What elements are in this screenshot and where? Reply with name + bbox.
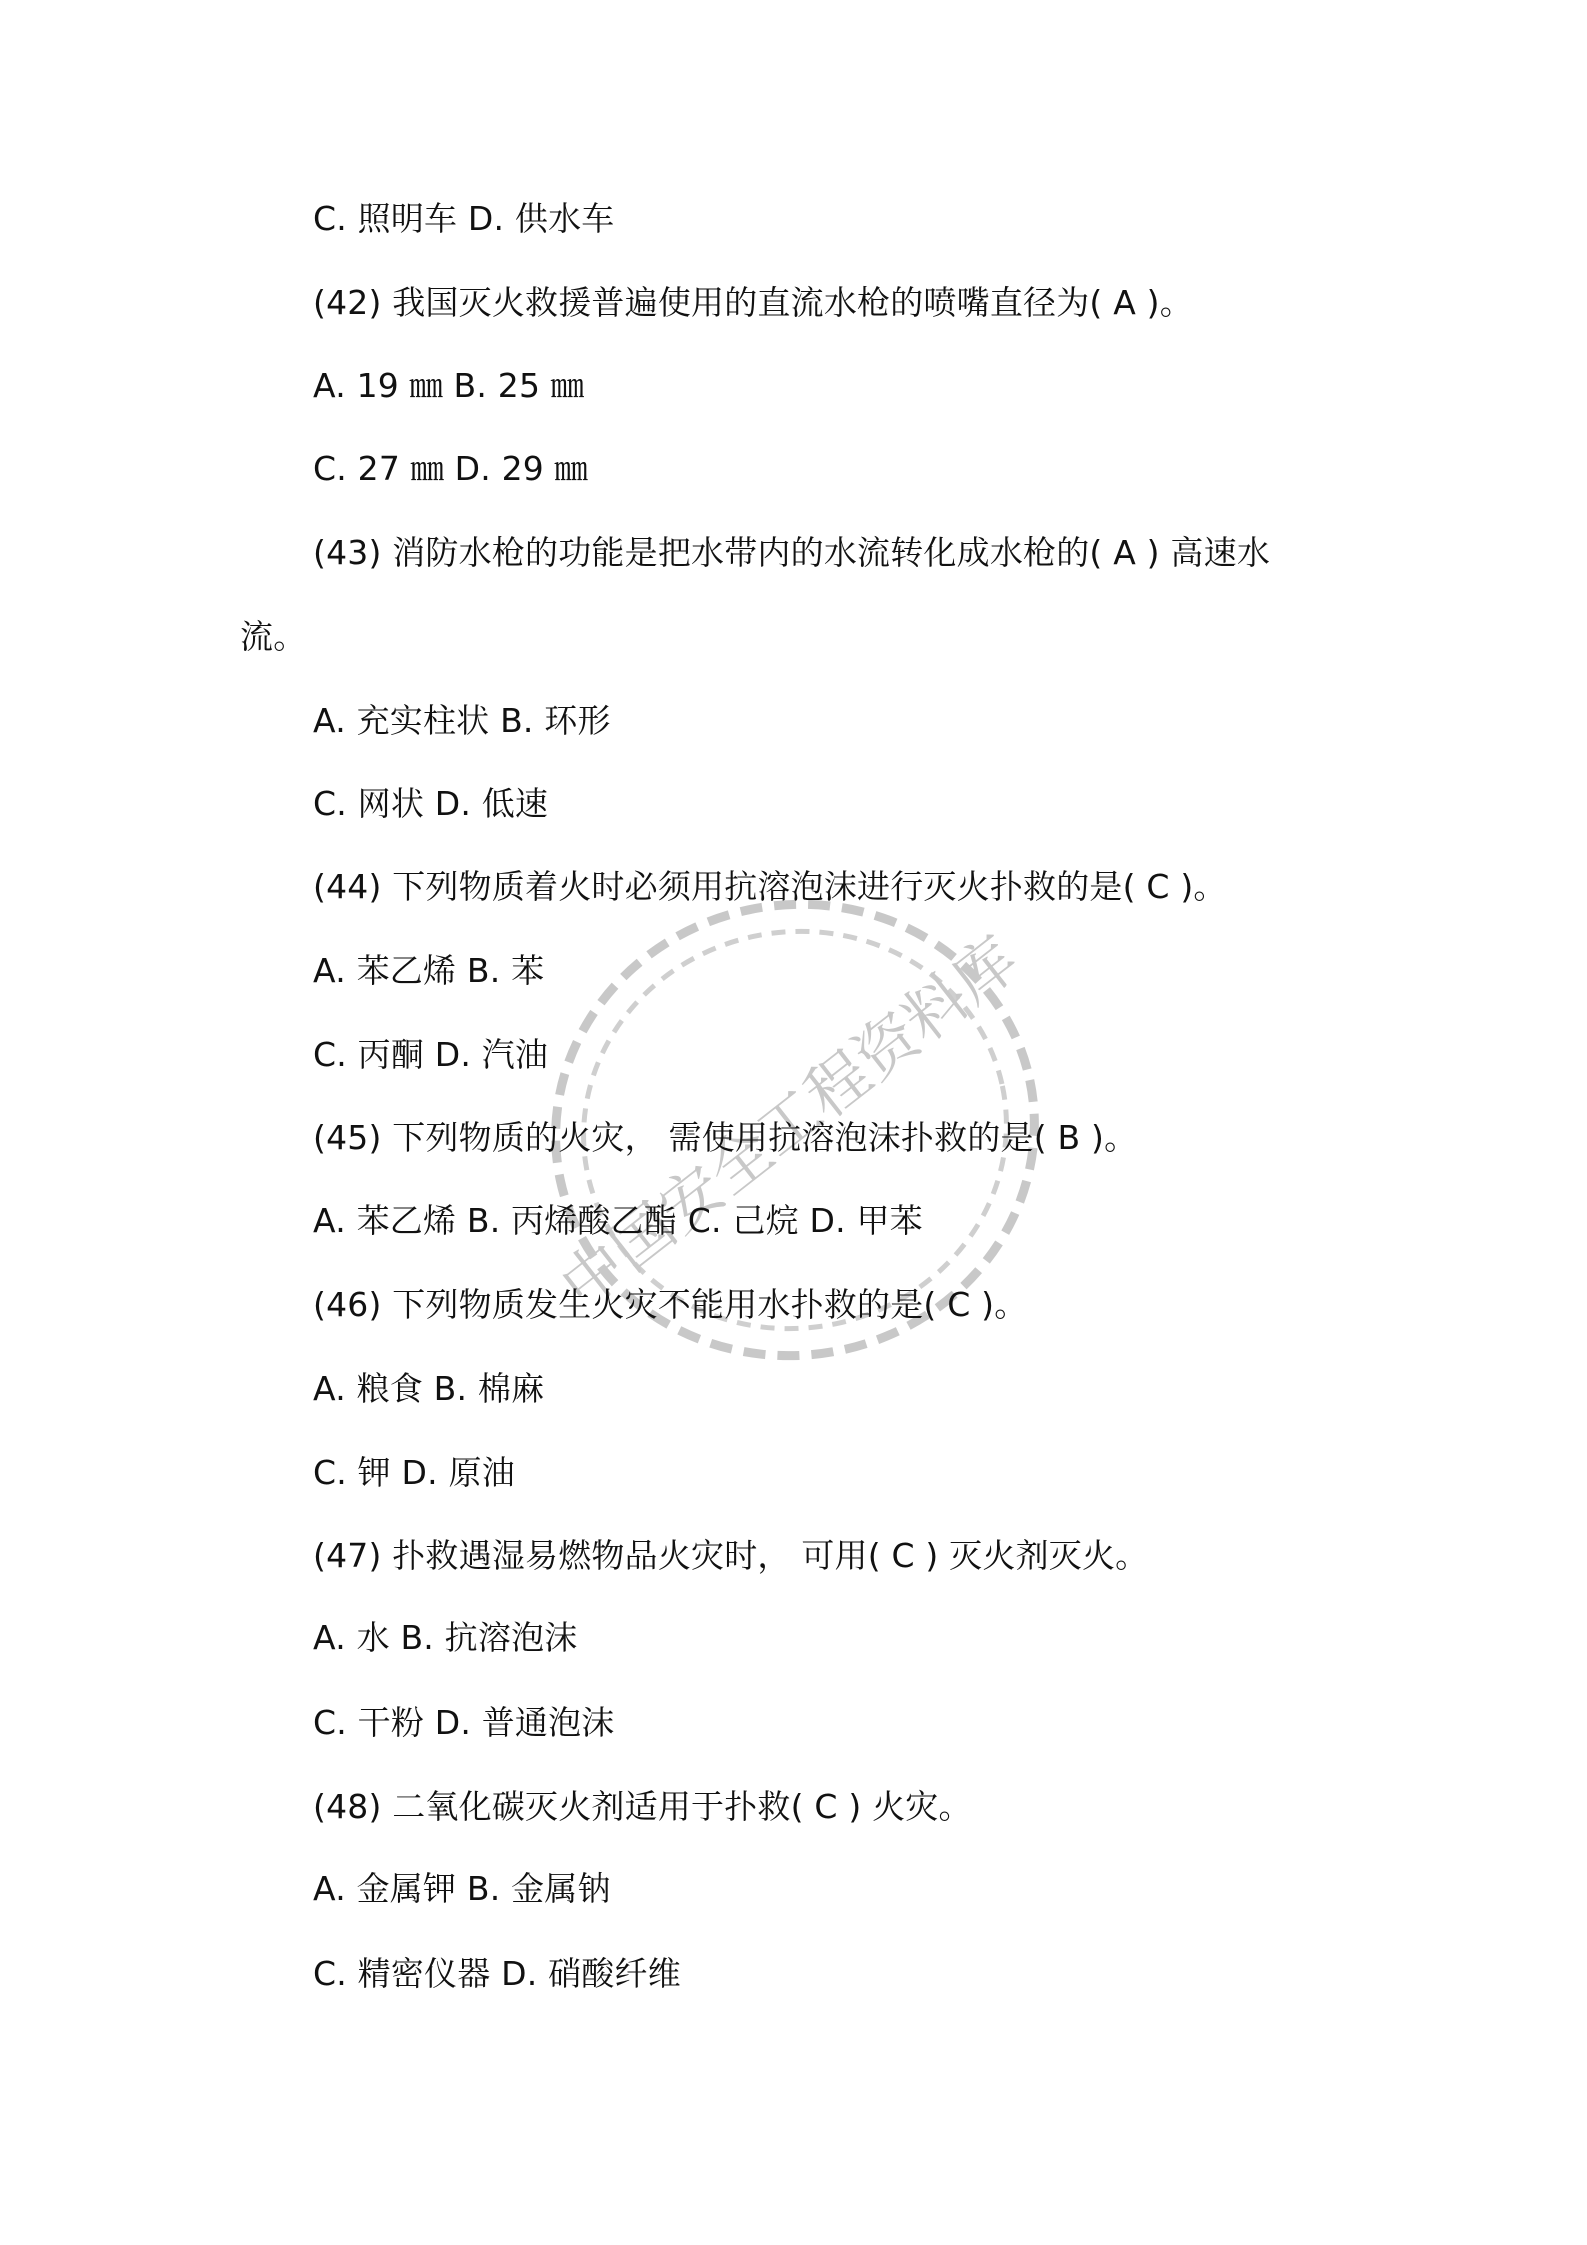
option-line: C. 干粉 D. 普通泡沫 [313, 1701, 615, 1745]
question-42: (42) 我国灭火救援普遍使用的直流水枪的喷嘴直径为( A )。 [313, 281, 1193, 325]
question-46: (46) 下列物质发生火灾不能用水扑救的是( C )。 [313, 1283, 1027, 1327]
option-line: A. 苯乙烯 B. 苯 [313, 949, 544, 993]
option-line: C. 钾 D. 原油 [313, 1451, 515, 1495]
question-47: (47) 扑救遇湿易燃物品火灾时， 可用( C ) 灭火剂灭火。 [313, 1534, 1148, 1578]
option-line: C. 精密仪器 D. 硝酸纤维 [313, 1952, 681, 1996]
option-line: A. 苯乙烯 B. 丙烯酸乙酯 C. 己烷 D. 甲苯 [313, 1199, 923, 1243]
option-line: A. 19 ㎜ B. 25 ㎜ [313, 364, 584, 408]
document-page: 中国安全工程资料库 C. 照明车 D. 供水车 (42) 我国灭火救援普遍使用的… [0, 0, 1587, 2245]
question-44: (44) 下列物质着火时必须用抗溶泡沫进行灭火扑救的是( C )。 [313, 865, 1227, 909]
question-48: (48) 二氧化碳灭火剂适用于扑救( C ) 火灾。 [313, 1785, 972, 1829]
option-line: C. 照明车 D. 供水车 [313, 197, 615, 241]
option-line: C. 网状 D. 低速 [313, 782, 548, 826]
option-line: C. 27 ㎜ D. 29 ㎜ [313, 447, 588, 491]
option-line: A. 充实柱状 B. 环形 [313, 699, 611, 743]
option-line: A. 金属钾 B. 金属钠 [313, 1867, 611, 1911]
question-45: (45) 下列物质的火灾， 需使用抗溶泡沫扑救的是( B )。 [313, 1116, 1137, 1160]
option-line: A. 粮食 B. 棉麻 [313, 1367, 544, 1411]
question-43: (43) 消防水枪的功能是把水带内的水流转化成水枪的( A ) 高速水 [313, 531, 1270, 575]
question-43-continuation: 流。 [240, 615, 306, 659]
option-line: A. 水 B. 抗溶泡沫 [313, 1616, 577, 1660]
option-line: C. 丙酮 D. 汽油 [313, 1033, 548, 1077]
